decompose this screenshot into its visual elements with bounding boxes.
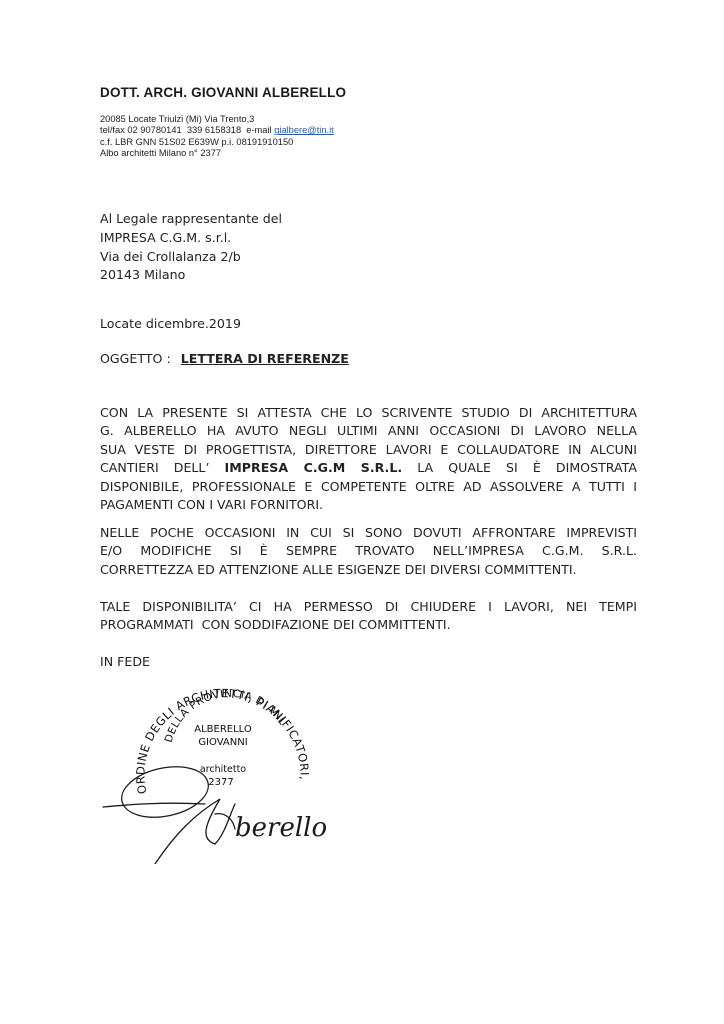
recipient-line: Via dei Crollalanza 2/b: [100, 248, 282, 267]
svg-text:2377: 2377: [208, 777, 233, 788]
architect-stamp-and-signature: ORDINE DEGLI ARCHITETTI, PIANIFICATORI, …: [95, 664, 345, 864]
svg-text:GIOVANNI: GIOVANNI: [198, 737, 247, 748]
paragraph-line: PROGRAMMATI CON SODDIFAZIONE DEI COMMITT…: [100, 616, 637, 634]
paragraph-text: LA QUALE SI È DIMOSTRATA: [402, 460, 637, 475]
paragraph-line: DISPONIBILE, PROFESSIONALE E COMPETENTE …: [100, 478, 637, 496]
subject-title: LETTERA DI REFERENZE: [181, 351, 349, 366]
letterhead-contact: tel/fax 02 90780141 339 6158318 e-mail g…: [100, 125, 334, 136]
letter-page: DOTT. ARCH. GIOVANNI ALBERELLO 20085 Loc…: [0, 0, 724, 1024]
paragraph-line: E/O MODIFICHE SI È SEMPRE TROVATO NELL’I…: [100, 542, 637, 560]
letterhead-details: 20085 Locate Triulzi (Mi) Via Trento,3 t…: [100, 114, 334, 159]
letterhead-address: 20085 Locate Triulzi (Mi) Via Trento,3: [100, 114, 334, 125]
paragraph-line: NELLE POCHE OCCASIONI IN CUI SI SONO DOV…: [100, 524, 637, 542]
paragraph-line: TALE DISPONIBILITA’ CI HA PERMESSO DI CH…: [100, 598, 637, 616]
paragraph-line: PAGAMENTI CON I VARI FORNITORI.: [100, 496, 637, 514]
signature-text: berello: [235, 813, 327, 843]
paragraph-3: TALE DISPONIBILITA’ CI HA PERMESSO DI CH…: [100, 598, 637, 635]
letter-date: Locate dicembre.2019: [100, 316, 241, 331]
svg-text:DELLA PROVINCIA DI MILANO: DELLA PROVINCIA DI MILANO: [95, 664, 289, 744]
paragraph-line: CON LA PRESENTE SI ATTESTA CHE LO SCRIVE…: [100, 404, 637, 422]
letterhead-phone: tel/fax 02 90780141 339 6158318 e-mail: [100, 125, 274, 135]
stamp-center-text: ALBERELLO GIOVANNI architetto 2377: [194, 724, 252, 788]
email-link[interactable]: gialbere@tin.it: [274, 125, 334, 135]
paragraph-line: CORRETTEZZA ED ATTENZIONE ALLE ESIGENZE …: [100, 561, 637, 579]
svg-text:architetto: architetto: [200, 764, 246, 775]
letterhead-name: DOTT. ARCH. GIOVANNI ALBERELLO: [100, 85, 346, 100]
letterhead-tax: c.f. LBR GNN 51S02 E639W p.i. 0819191015…: [100, 137, 334, 148]
paragraph-1: CON LA PRESENTE SI ATTESTA CHE LO SCRIVE…: [100, 404, 637, 514]
paragraph-line: CANTIERI DELL’ IMPRESA C.G.M S.R.L. LA Q…: [100, 459, 637, 477]
subject-line: OGGETTO : LETTERA DI REFERENZE: [100, 351, 349, 366]
recipient-line: IMPRESA C.G.M. s.r.l.: [100, 229, 282, 248]
paragraph-text: CANTIERI DELL’: [100, 460, 225, 475]
svg-text:ALBERELLO: ALBERELLO: [194, 724, 252, 735]
letterhead-registry: Albo architetti Milano n° 2377: [100, 148, 334, 159]
paragraph-2: NELLE POCHE OCCASIONI IN CUI SI SONO DOV…: [100, 524, 637, 579]
recipient-line: Al Legale rappresentante del: [100, 210, 282, 229]
recipient-line: 20143 Milano: [100, 266, 282, 285]
signature-icon: [103, 759, 235, 864]
paragraph-line: G. ALBERELLO HA AVUTO NEGLI ULTIMI ANNI …: [100, 422, 637, 440]
company-name-bold: IMPRESA C.G.M S.R.L.: [225, 460, 403, 475]
paragraph-line: SUA VESTE DI PROGETTISTA, DIRETTORE LAVO…: [100, 441, 637, 459]
recipient-address: Al Legale rappresentante del IMPRESA C.G…: [100, 210, 282, 285]
subject-label: OGGETTO :: [100, 351, 171, 366]
